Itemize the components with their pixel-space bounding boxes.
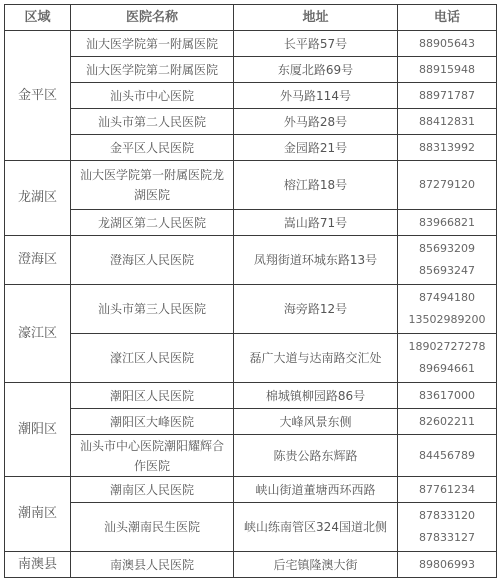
phone-number: 88412831	[402, 111, 492, 133]
table-row: 汕头市中心医院 外马路114号 88971787	[5, 83, 497, 109]
address: 金园路21号	[234, 135, 398, 161]
phone: 18902727278 89694661	[398, 334, 497, 383]
phone: 88313992	[398, 135, 497, 161]
phone-number: 88971787	[402, 85, 492, 107]
phone-number: 87833127	[402, 527, 492, 549]
header-hospital-name: 医院名称	[71, 5, 234, 31]
district-cell: 潮阳区	[5, 383, 71, 477]
table-row: 濠江区人民医院 磊广大道与达南路交汇处 18902727278 89694661	[5, 334, 497, 383]
address: 陈贵公路东辉路	[234, 435, 398, 477]
phone-number: 89694661	[402, 358, 492, 380]
phone: 87761234	[398, 477, 497, 503]
table-row: 汕头市第二人民医院 外马路28号 88412831	[5, 109, 497, 135]
phone: 88412831	[398, 109, 497, 135]
table-row: 潮阳区大峰医院 大峰风景东侧 82602211	[5, 409, 497, 435]
district-cell: 澄海区	[5, 236, 71, 285]
hospital-name: 汕大医学院第一附属医院龙湖医院	[71, 161, 234, 210]
table-row: 濠江区 汕头市第三人民医院 海旁路12号 87494180 1350298920…	[5, 285, 497, 334]
phone: 85693209 85693247	[398, 236, 497, 285]
hospital-name: 汕头市第三人民医院	[71, 285, 234, 334]
phone-number: 87761234	[402, 479, 492, 501]
table-row: 汕头潮南民生医院 峡山练南管区324国道北侧 87833120 87833127	[5, 503, 497, 552]
header-row: 区域 医院名称 地址 电话	[5, 5, 497, 31]
hospital-name: 濠江区人民医院	[71, 334, 234, 383]
table-row: 龙湖区 汕大医学院第一附属医院龙湖医院 榕江路18号 87279120	[5, 161, 497, 210]
district-cell: 潮南区	[5, 477, 71, 552]
hospital-name: 汕头潮南民生医院	[71, 503, 234, 552]
header-address: 地址	[234, 5, 398, 31]
address: 外马路114号	[234, 83, 398, 109]
address: 东厦北路69号	[234, 57, 398, 83]
table-row: 汕头市中心医院潮阳耀辉合作医院 陈贵公路东辉路 84456789	[5, 435, 497, 477]
district-cell: 龙湖区	[5, 161, 71, 236]
table-row: 龙湖区第二人民医院 嵩山路71号 83966821	[5, 210, 497, 236]
phone: 87494180 13502989200	[398, 285, 497, 334]
address: 外马路28号	[234, 109, 398, 135]
table-row: 金平区人民医院 金园路21号 88313992	[5, 135, 497, 161]
phone: 88915948	[398, 57, 497, 83]
table-row: 南澳县 南澳县人民医院 后宅镇隆澳大街 89806993	[5, 552, 497, 578]
address: 峡山街道董塘西环西路	[234, 477, 398, 503]
phone-number: 89806993	[402, 554, 492, 576]
hospital-name: 汕大医学院第一附属医院	[71, 31, 234, 57]
phone-number: 85693247	[402, 260, 492, 282]
phone-number: 88313992	[402, 137, 492, 159]
hospital-name: 汕头市第二人民医院	[71, 109, 234, 135]
address: 棉城镇柳园路86号	[234, 383, 398, 409]
address: 长平路57号	[234, 31, 398, 57]
hospital-name: 金平区人民医院	[71, 135, 234, 161]
address: 大峰风景东侧	[234, 409, 398, 435]
hospital-name: 潮阳区大峰医院	[71, 409, 234, 435]
address: 磊广大道与达南路交汇处	[234, 334, 398, 383]
phone-number: 83617000	[402, 385, 492, 407]
address: 后宅镇隆澳大街	[234, 552, 398, 578]
header-district: 区域	[5, 5, 71, 31]
hospital-name: 汕大医学院第二附属医院	[71, 57, 234, 83]
table-row: 潮南区 潮南区人民医院 峡山街道董塘西环西路 87761234	[5, 477, 497, 503]
hospital-name: 澄海区人民医院	[71, 236, 234, 285]
district-cell: 南澳县	[5, 552, 71, 578]
phone: 83966821	[398, 210, 497, 236]
table-row: 金平区 汕大医学院第一附属医院 长平路57号 88905643	[5, 31, 497, 57]
hospital-name: 潮南区人民医院	[71, 477, 234, 503]
table-row: 汕大医学院第二附属医院 东厦北路69号 88915948	[5, 57, 497, 83]
phone: 87833120 87833127	[398, 503, 497, 552]
phone-number: 87833120	[402, 505, 492, 527]
phone-number: 87494180	[402, 287, 492, 309]
hospital-name: 汕头市中心医院潮阳耀辉合作医院	[71, 435, 234, 477]
address: 嵩山路71号	[234, 210, 398, 236]
phone: 87279120	[398, 161, 497, 210]
address: 凤翔街道环城东路13号	[234, 236, 398, 285]
phone-number: 13502989200	[402, 309, 492, 331]
table-row: 潮阳区 潮阳区人民医院 棉城镇柳园路86号 83617000	[5, 383, 497, 409]
header-phone: 电话	[398, 5, 497, 31]
address: 峡山练南管区324国道北侧	[234, 503, 398, 552]
address: 榕江路18号	[234, 161, 398, 210]
phone-number: 85693209	[402, 238, 492, 260]
phone-number: 87279120	[402, 174, 492, 196]
hospital-name: 南澳县人民医院	[71, 552, 234, 578]
phone: 84456789	[398, 435, 497, 477]
phone-number: 18902727278	[402, 336, 492, 358]
address: 海旁路12号	[234, 285, 398, 334]
phone-number: 88915948	[402, 59, 492, 81]
phone-number: 83966821	[402, 212, 492, 234]
phone-number: 88905643	[402, 33, 492, 55]
hospital-table: 区域 医院名称 地址 电话 金平区 汕大医学院第一附属医院 长平路57号 889…	[4, 4, 497, 578]
phone: 89806993	[398, 552, 497, 578]
phone: 88971787	[398, 83, 497, 109]
district-cell: 金平区	[5, 31, 71, 161]
hospital-name: 汕头市中心医院	[71, 83, 234, 109]
phone: 82602211	[398, 409, 497, 435]
hospital-name: 潮阳区人民医院	[71, 383, 234, 409]
table-row: 澄海区 澄海区人民医院 凤翔街道环城东路13号 85693209 8569324…	[5, 236, 497, 285]
phone-number: 84456789	[402, 445, 492, 467]
phone: 88905643	[398, 31, 497, 57]
phone: 83617000	[398, 383, 497, 409]
phone-number: 82602211	[402, 411, 492, 433]
hospital-name: 龙湖区第二人民医院	[71, 210, 234, 236]
district-cell: 濠江区	[5, 285, 71, 383]
